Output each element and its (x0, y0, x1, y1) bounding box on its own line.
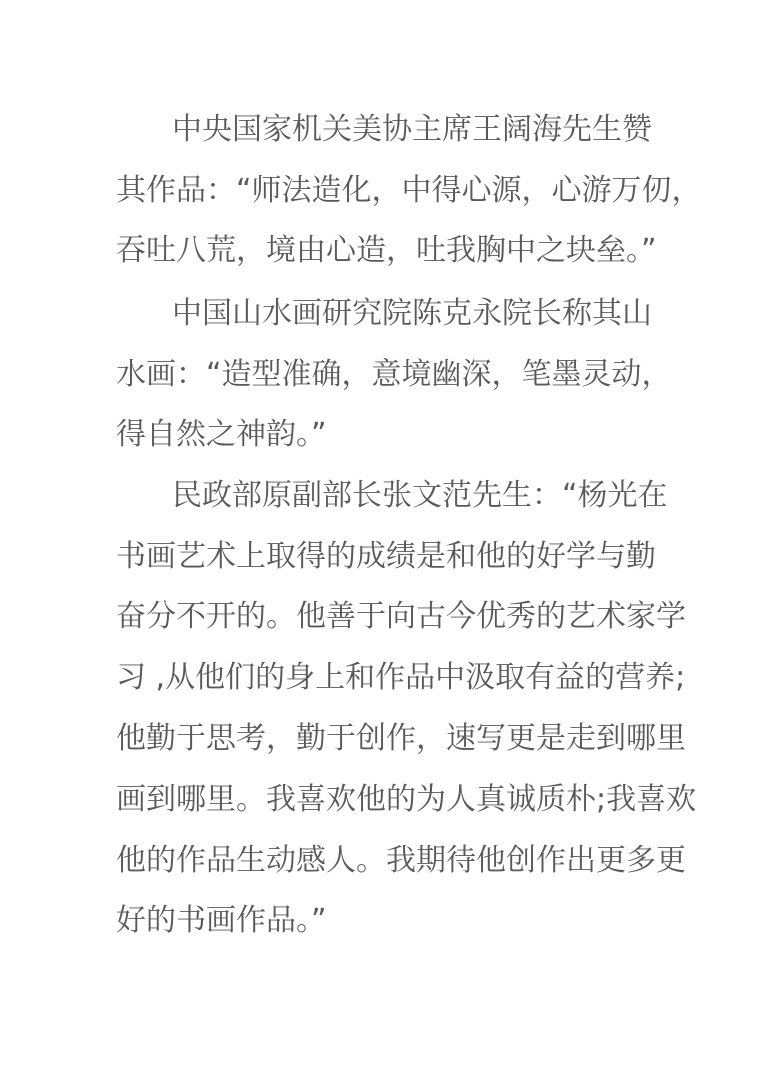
paragraph-2-line-2: 水画：“造型准确，意境幽深，笔墨灵动， (116, 355, 672, 395)
paragraph-2-line-3: 得自然之神韵。” (116, 415, 327, 455)
paragraph-3-line-6: 画到哪里。我喜欢他的为人真诚质朴;我喜欢 (116, 780, 696, 820)
paragraph-3-line-1: 民政部原副部长张文范先生：“杨光在 (172, 476, 668, 516)
document-page: 中央国家机关美协主席王阔海先生赞 其作品：“师法造化，中得心源，心游万仞， 吞吐… (0, 0, 763, 1080)
paragraph-3-line-3: 奋分不开的。他善于向古今优秀的艺术家学 (116, 597, 686, 637)
paragraph-1-line-3: 吞吐八荒，境由心造，吐我胸中之块垒。” (116, 231, 657, 271)
paragraph-3-line-7: 他的作品生动感人。我期待他创作出更多更 (116, 841, 686, 881)
paragraph-2-line-1: 中国山水画研究院陈克永院长称其山 (172, 294, 652, 334)
paragraph-1-line-1: 中央国家机关美协主席王阔海先生赞 (172, 110, 652, 150)
paragraph-3-line-2: 书画艺术上取得的成绩是和他的好学与勤 (116, 537, 656, 577)
paragraph-3-line-5: 他勤于思考，勤于创作，速写更是走到哪里 (116, 719, 686, 759)
paragraph-1-line-2: 其作品：“师法造化，中得心源，心游万仞， (116, 171, 702, 211)
paragraph-3-line-4: 习 ,从他们的身上和作品中汲取有益的营养; (116, 658, 685, 698)
paragraph-3-line-8: 好的书画作品。” (116, 901, 327, 941)
